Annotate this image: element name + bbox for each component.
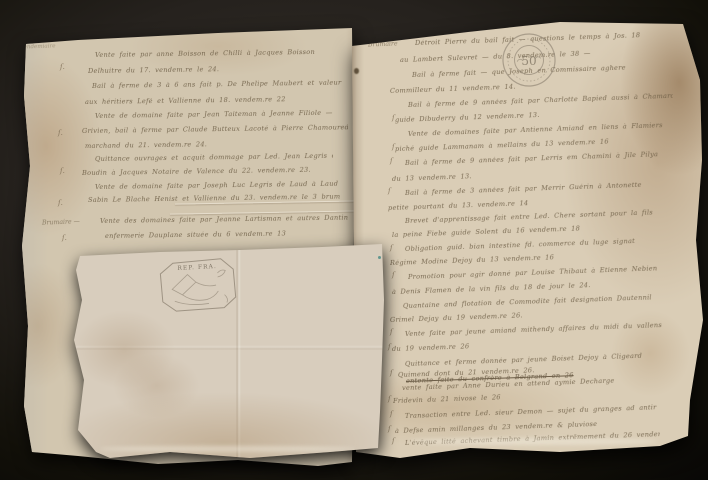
handwriting-line: Obligation guid. bian intestine fd. comm… — [405, 237, 670, 253]
archive-photo: Vendemiaire Brumaire — Vente faite par a… — [0, 0, 708, 480]
right-page-paper: Brumaire Détroit Pierre du bail fait — q… — [348, 10, 708, 462]
handwriting-line: Promotion pour agir donné par Louise Thi… — [408, 265, 676, 282]
margin-flourish: ſ — [390, 411, 393, 418]
handwriting-line: Boudin à Jacques Notaire de Valence du 2… — [82, 167, 324, 178]
octagonal-rep-fra-stamp: REP. FRA. — [158, 256, 238, 314]
handwriting-line: la peine Fiebe guide Solent du 16 vendem… — [392, 224, 612, 239]
handwriting-line: Bail à ferme de 3 à 6 ans fait p. De Phe… — [92, 79, 350, 90]
handwriting-line: Quittance ouvrages et acquit dommage par… — [95, 153, 333, 164]
deckle-edge-highlight — [100, 446, 355, 452]
handwriting-line: enfermerie Dauplane située du 6 vendem.r… — [105, 230, 295, 240]
handwriting-line: à Denis Flamen de la vin fils du 18 de j… — [392, 281, 612, 296]
margin-flourish: ſ — [390, 370, 393, 377]
handwriting-line: Quantaine and flotation de Commodite fai… — [403, 294, 665, 310]
margin-flourish: ſ — [392, 438, 395, 445]
handwriting-line: petite pourtant du 13. vendem.re 14 — [388, 199, 558, 212]
handwriting-line: Vente faite par jeune amiand mithendy af… — [405, 322, 670, 338]
handwriting-line: Vente des domaines faite par Jeanne Lart… — [100, 215, 350, 226]
margin-flourish: ſ — [390, 245, 393, 252]
margin-flourish: ſ — [392, 115, 395, 122]
handwriting-line: guide Dibuderry du 12 vendem.re 13. — [395, 111, 560, 124]
ink-blot — [354, 68, 359, 74]
handwriting-line: Vente faite par anne Boisson de Chilli à… — [95, 48, 347, 59]
margin-flourish: ſ — [390, 158, 393, 165]
handwriting-line: Vente de domaine faite par Joseph Luc Le… — [95, 181, 343, 192]
handwriting-line: Bail à ferme de 9 années fait par Lerris… — [405, 151, 675, 168]
handwriting-line: Bail à ferme de 9 années fait par Charlo… — [408, 93, 673, 109]
blue-fiber-speck — [378, 256, 381, 259]
handwriting-line: du 13 vendem.re 13. — [392, 172, 497, 183]
handwriting-line: Transaction entre Led. sieur Demon — suj… — [405, 404, 665, 420]
handwriting-line: Grivien, bail à ferme par Claude Butteux… — [82, 124, 348, 135]
handwriting-line: Vente de domaines faite par Antienne Ami… — [408, 122, 673, 138]
handwriting-line: Bail à ferme de 3 années fait par Merrir… — [405, 181, 655, 197]
margin-flourish: ſ. — [58, 130, 63, 137]
stamp-value: 50 — [521, 54, 536, 68]
handwriting-line: Brevet d'apprentissage fait entre Led. C… — [405, 209, 670, 225]
handwriting-line: Fridevin du 21 nivose le 26 — [393, 393, 538, 405]
margin-flourish: ſ. — [60, 168, 65, 175]
handwriting-line: Delhuitre du 17. vendem.re le 24. — [88, 66, 246, 75]
stamp-label: REP. FRA. — [177, 263, 217, 272]
handwriting-line: Vente de domaine faite par Jean Taiteman… — [95, 110, 338, 121]
overlay-blank-sheet: REP. FRA. — [70, 240, 390, 468]
handwriting-line: Grimel Dejay du 19 vendem.re 26. — [390, 311, 550, 324]
handwriting-line: Régime Modine Dejoy du 13 vendem.re 16 — [390, 253, 580, 267]
circular-revenue-stamp: 50 — [497, 28, 561, 92]
margin-note: Vendemiaire — [20, 44, 56, 51]
margin-flourish: ſ — [392, 272, 395, 279]
handwriting-line: aux héritiers Lefé et Vallienne du 18. v… — [85, 96, 313, 106]
handwriting-line: du 19 vendem.re 26 — [392, 342, 507, 353]
margin-flourish: ſ. — [60, 64, 65, 71]
deckle-edge-highlight — [408, 438, 658, 445]
overlay-sheet-paper: REP. FRA. — [70, 240, 390, 468]
margin-flourish: ſ — [390, 329, 393, 336]
handwriting-line: marchand du 21. vendem.re 24. — [85, 141, 213, 150]
margin-flourish: ſ — [392, 144, 395, 151]
margin-note: Brumaire — — [42, 219, 80, 227]
margin-note: Brumaire — [368, 41, 398, 48]
handwriting-line: piché guide Lammanam à mellains du 13 ve… — [395, 138, 635, 154]
margin-flourish: ſ. — [58, 200, 63, 207]
handwriting-line: Quittance et ferme donnée par jeune Bois… — [405, 352, 655, 368]
right-manuscript-page: Brumaire Détroit Pierre du bail fait — q… — [348, 10, 708, 462]
margin-flourish: ſ. — [62, 235, 67, 242]
margin-flourish: ſ — [388, 188, 391, 195]
